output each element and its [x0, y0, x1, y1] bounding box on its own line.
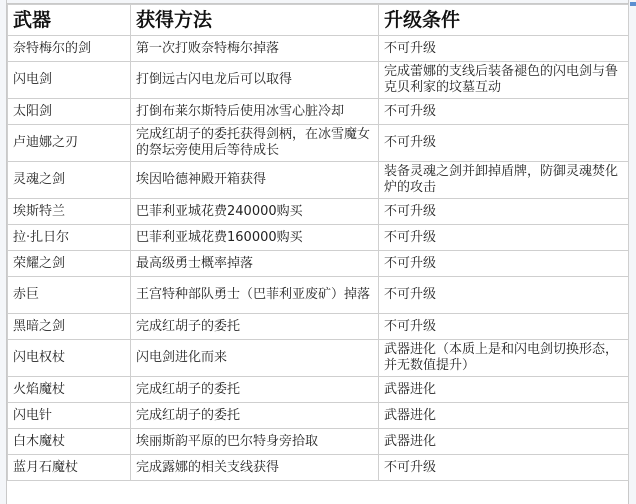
weapon-table: 武器 获得方法 升级条件 奈特梅尔的剑第一次打败奈特梅尔掉落不可升级闪电剑打倒远… [7, 4, 629, 481]
cell-weapon[interactable]: 奈特梅尔的剑 [8, 36, 131, 62]
cell-weapon[interactable]: 卢迪娜之刃 [8, 125, 131, 162]
table-row: 火焰魔杖完成红胡子的委托武器进化 [8, 377, 629, 403]
header-method: 获得方法 [131, 5, 379, 36]
table-row: 荣耀之剑最高级勇士概率掉落不可升级 [8, 251, 629, 277]
cell-weapon[interactable]: 荣耀之剑 [8, 251, 131, 277]
cell-method[interactable]: 打倒布莱尔斯特后使用冰雪心脏冷却 [131, 99, 379, 125]
cell-upgrade[interactable]: 不可升级 [379, 36, 629, 62]
cell-upgrade[interactable]: 武器进化 [379, 429, 629, 455]
cell-method[interactable]: 第一次打败奈特梅尔掉落 [131, 36, 379, 62]
cell-method[interactable]: 闪电剑进化而来 [131, 340, 379, 377]
cell-upgrade[interactable]: 武器进化 [379, 403, 629, 429]
table-row: 卢迪娜之刃完成红胡子的委托获得剑柄，在冰雪魔女的祭坛旁使用后等待成长不可升级 [8, 125, 629, 162]
table-row: 埃斯特兰巴菲利亚城花费240000购买不可升级 [8, 199, 629, 225]
cell-method[interactable]: 完成红胡子的委托获得剑柄，在冰雪魔女的祭坛旁使用后等待成长 [131, 125, 379, 162]
cell-upgrade[interactable]: 不可升级 [379, 314, 629, 340]
cell-upgrade[interactable]: 不可升级 [379, 225, 629, 251]
cell-upgrade[interactable]: 不可升级 [379, 277, 629, 314]
cell-method[interactable]: 完成红胡子的委托 [131, 314, 379, 340]
table-row: 拉·扎日尔巴菲利亚城花费160000购买不可升级 [8, 225, 629, 251]
cell-method[interactable]: 打倒远古闪电龙后可以取得 [131, 62, 379, 99]
table-row: 闪电针完成红胡子的委托武器进化 [8, 403, 629, 429]
table-row: 灵魂之剑埃因哈德神殿开箱获得装备灵魂之剑并卸掉盾牌，防御灵魂焚化炉的攻击 [8, 162, 629, 199]
cell-upgrade[interactable]: 武器进化（本质上是和闪电剑切换形态，并无数值提升） [379, 340, 629, 377]
table-row: 奈特梅尔的剑第一次打败奈特梅尔掉落不可升级 [8, 36, 629, 62]
table-row: 太阳剑打倒布莱尔斯特后使用冰雪心脏冷却不可升级 [8, 99, 629, 125]
cell-method[interactable]: 王宫特种部队勇士（巴菲利亚废矿）掉落 [131, 277, 379, 314]
cell-weapon[interactable]: 太阳剑 [8, 99, 131, 125]
cell-weapon[interactable]: 蓝月石魔杖 [8, 455, 131, 481]
cell-weapon[interactable]: 灵魂之剑 [8, 162, 131, 199]
cell-weapon[interactable]: 拉·扎日尔 [8, 225, 131, 251]
header-weapon: 武器 [8, 5, 131, 36]
cell-weapon[interactable]: 闪电权杖 [8, 340, 131, 377]
cell-weapon[interactable]: 埃斯特兰 [8, 199, 131, 225]
scroll-marker-icon [630, 2, 636, 6]
cell-upgrade[interactable]: 不可升级 [379, 251, 629, 277]
cell-weapon[interactable]: 闪电针 [8, 403, 131, 429]
cell-weapon[interactable]: 白木魔杖 [8, 429, 131, 455]
cell-upgrade[interactable]: 不可升级 [379, 455, 629, 481]
table-row: 闪电权杖闪电剑进化而来武器进化（本质上是和闪电剑切换形态，并无数值提升） [8, 340, 629, 377]
cell-upgrade[interactable]: 不可升级 [379, 99, 629, 125]
cell-upgrade[interactable]: 不可升级 [379, 199, 629, 225]
cell-upgrade[interactable]: 武器进化 [379, 377, 629, 403]
cell-method[interactable]: 完成红胡子的委托 [131, 377, 379, 403]
cell-method[interactable]: 巴菲利亚城花费160000购买 [131, 225, 379, 251]
cell-upgrade[interactable]: 不可升级 [379, 125, 629, 162]
cell-weapon[interactable]: 闪电剑 [8, 62, 131, 99]
cell-method[interactable]: 完成露娜的相关支线获得 [131, 455, 379, 481]
header-upgrade: 升级条件 [379, 5, 629, 36]
cell-method[interactable]: 完成红胡子的委托 [131, 403, 379, 429]
cell-weapon[interactable]: 火焰魔杖 [8, 377, 131, 403]
cell-method[interactable]: 最高级勇士概率掉落 [131, 251, 379, 277]
cell-weapon[interactable]: 赤巨 [8, 277, 131, 314]
cell-upgrade[interactable]: 装备灵魂之剑并卸掉盾牌，防御灵魂焚化炉的攻击 [379, 162, 629, 199]
cell-method[interactable]: 埃丽斯韵平原的巴尔特身旁拾取 [131, 429, 379, 455]
table-row: 黑暗之剑完成红胡子的委托不可升级 [8, 314, 629, 340]
spreadsheet-view: 武器 获得方法 升级条件 奈特梅尔的剑第一次打败奈特梅尔掉落不可升级闪电剑打倒远… [0, 0, 636, 504]
table-row: 赤巨王宫特种部队勇士（巴菲利亚废矿）掉落不可升级 [8, 277, 629, 314]
cell-weapon[interactable]: 黑暗之剑 [8, 314, 131, 340]
table-row: 白木魔杖埃丽斯韵平原的巴尔特身旁拾取武器进化 [8, 429, 629, 455]
cell-method[interactable]: 巴菲利亚城花费240000购买 [131, 199, 379, 225]
header-row: 武器 获得方法 升级条件 [8, 5, 629, 36]
left-edge [0, 0, 7, 504]
cell-upgrade[interactable]: 完成蕾娜的支线后装备褪色的闪电剑与鲁克贝利家的坟墓互动 [379, 62, 629, 99]
cell-method[interactable]: 埃因哈德神殿开箱获得 [131, 162, 379, 199]
right-edge-scrollbar[interactable] [628, 0, 636, 504]
table-row: 闪电剑打倒远古闪电龙后可以取得完成蕾娜的支线后装备褪色的闪电剑与鲁克贝利家的坟墓… [8, 62, 629, 99]
table-row: 蓝月石魔杖完成露娜的相关支线获得不可升级 [8, 455, 629, 481]
